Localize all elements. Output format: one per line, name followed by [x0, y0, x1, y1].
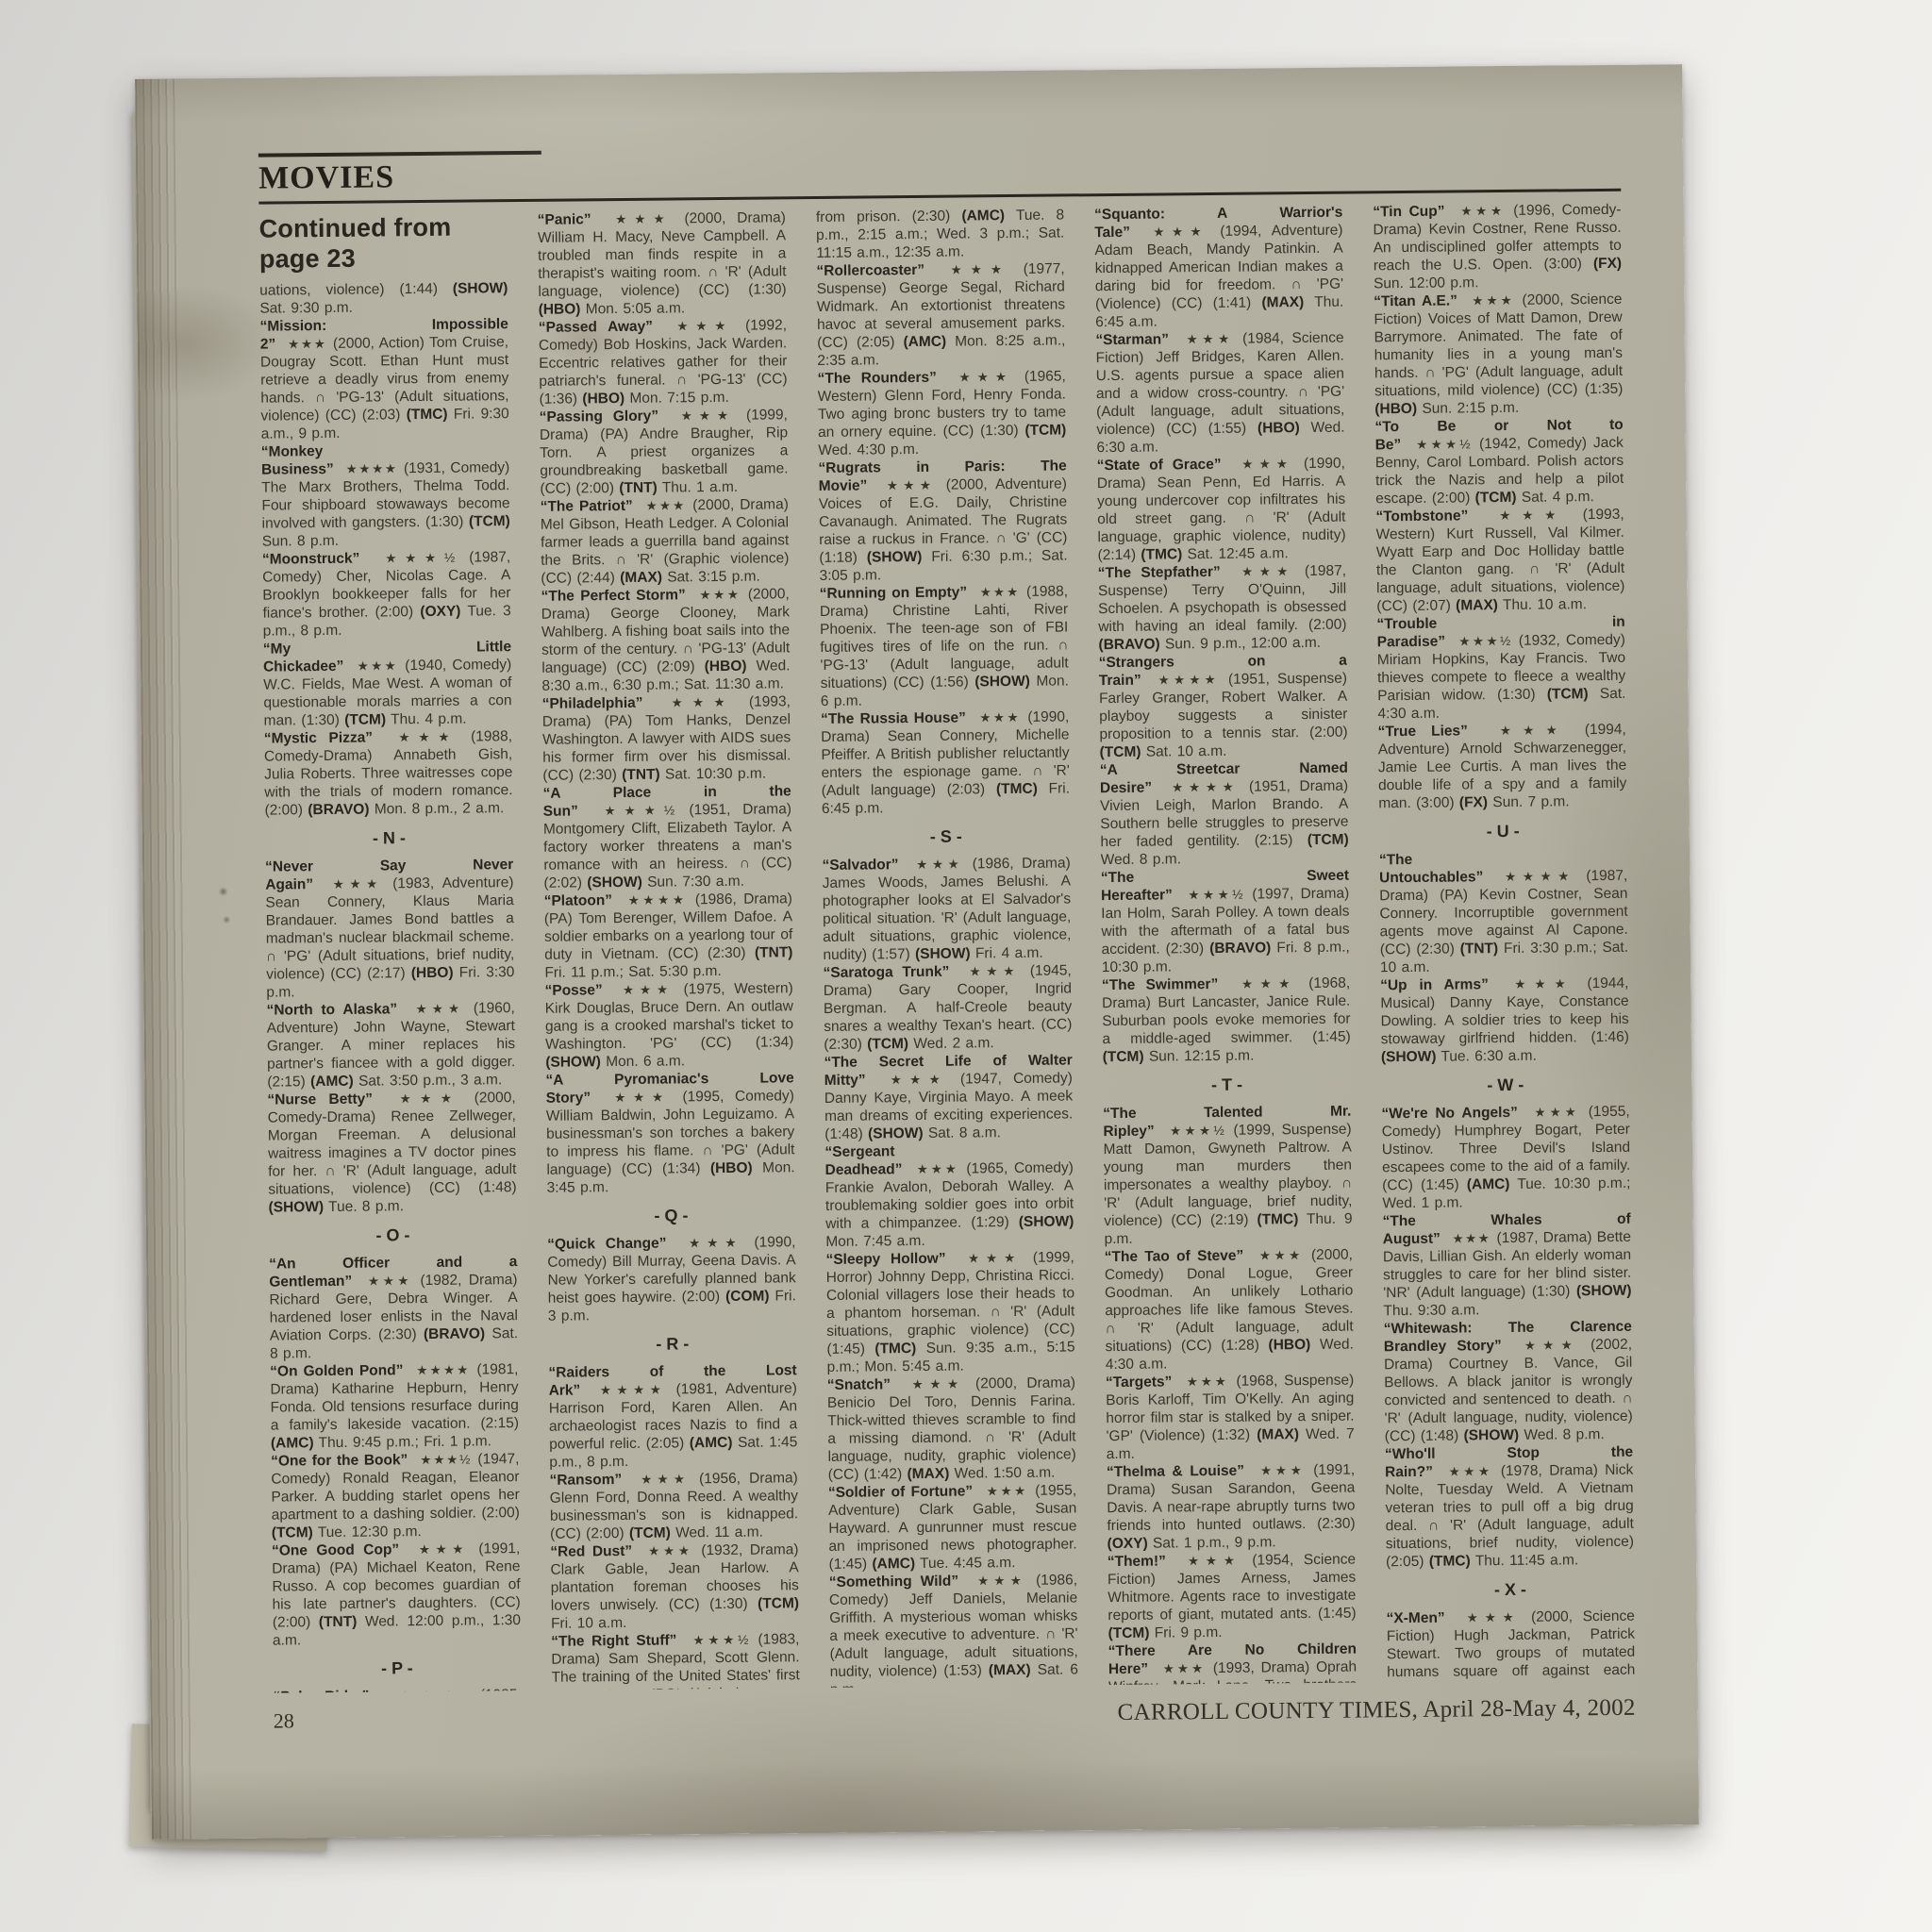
column-3: from prison. (2:30) (AMC) Tue. 8 p.m., 2… — [816, 206, 1078, 1687]
movie-listing: “Mystic Pizza” ★★★ (1988, Comedy-Drama) … — [264, 727, 513, 820]
section-letter-header: - R - — [548, 1333, 796, 1356]
movie-listing: “Never Say Never Again” ★★★ (1983, Adven… — [265, 856, 515, 1002]
movie-listing: “Philadelphia” ★★★ (1993, Drama) (PA) To… — [542, 692, 791, 785]
movie-listing: “The Talented Mr. Ripley” ★★★½ (1999, Su… — [1103, 1103, 1353, 1249]
movie-listing: “Red Dust” ★★★ (1932, Drama) Clark Gable… — [550, 1541, 799, 1633]
movie-listing: “We're No Angels” ★★★ (1955, Comedy) Hum… — [1381, 1103, 1630, 1213]
paper-fold-edge — [135, 79, 192, 1840]
movie-listing: “Titan A.E.” ★★★ (2000, Science Fiction)… — [1374, 291, 1623, 419]
movie-listing: “Strangers on a Train” ★★★★ (1951, Suspe… — [1099, 652, 1348, 762]
movie-listing: “Passing Glory” ★★★ (1999, Drama) (PA) A… — [540, 406, 789, 498]
movie-listing: “Who'll Stop the Rain?” ★★★ (1978, Drama… — [1385, 1443, 1634, 1572]
movie-listing: “Rollercoaster” ★★★ (1977, Suspense) Geo… — [816, 259, 1065, 370]
column-1: Continued from page 23 uations, violence… — [258, 211, 521, 1692]
page-number: 28 — [274, 1708, 294, 1733]
movie-listing: “Sleepy Hollow” ★★★ (1999, Horror) Johnn… — [825, 1248, 1074, 1376]
movie-listing: “Soldier of Fortune” ★★★ (1955, Adventur… — [828, 1481, 1077, 1574]
movie-listing: “There Are No Children Here” ★★★ (1993, … — [1108, 1641, 1357, 1693]
movie-listing: “Nurse Betty” ★★★ (2000, Comedy-Drama) R… — [267, 1089, 516, 1217]
movie-listing: “Platoon” ★★★★ (1986, Drama) (PA) Tom Be… — [544, 890, 793, 982]
movie-listing: “Ransom” ★★★ (1956, Drama) Glenn Ford, D… — [549, 1469, 798, 1543]
movie-listing: “Trouble in Paradise” ★★★½ (1932, Comedy… — [1376, 613, 1625, 724]
movie-listing: “Monkey Business” ★★★★ (1931, Comedy) Th… — [261, 441, 510, 551]
movie-listing: “The Right Stuff” ★★★½ (1983, Drama) Sam… — [551, 1630, 800, 1692]
movie-listing: “To Be or Not to Be” ★★★½ (1942, Comedy)… — [1374, 416, 1624, 508]
movie-listing: “Targets” ★★★ (1968, Suspense) Boris Kar… — [1106, 1372, 1355, 1464]
movie-listing: “Thelma & Louise” ★★★ (1991, Drama) Susa… — [1107, 1461, 1356, 1554]
movie-listing: “Rugrats in Paris: The Movie” ★★★ (2000,… — [818, 457, 1067, 585]
movie-listing: “The Tao of Steve” ★★★ (2000, Comedy) Do… — [1105, 1246, 1354, 1374]
header-rule-top — [258, 151, 541, 158]
movie-listing: “Whitewash: The Clarence Brandley Story”… — [1384, 1318, 1633, 1446]
movie-listing: “The Untouchables” ★★★★ (1987, Drama) (P… — [1379, 849, 1628, 977]
movie-listing: “Quick Change” ★★★ (1990, Comedy) Bill M… — [547, 1233, 796, 1325]
movie-listing: “The Russia House” ★★★ (1990, Drama) Sea… — [821, 708, 1070, 818]
newspaper-page: MOVIES Continued from page 23 uations, v… — [135, 64, 1699, 1840]
continued-from-label: Continued from page 23 — [258, 211, 508, 275]
section-letter-header: - N - — [265, 827, 513, 850]
movie-listing: “Moonstruck” ★★★½ (1987, Comedy) Cher, N… — [262, 548, 511, 641]
listing-columns: Continued from page 23 uations, violence… — [258, 201, 1635, 1693]
continued-text: uations, violence) (1:44) (SHOW) Sat. 9:… — [259, 279, 508, 318]
movie-listing: “Snatch” ★★★ (2000, Drama) Benicio Del T… — [827, 1374, 1076, 1484]
movie-listing: “Panic” ★★★ (2000, Drama) William H. Mac… — [538, 208, 787, 319]
movie-listing: “North to Alaska” ★★★ (1960, Adventure) … — [266, 999, 515, 1091]
continued-text: from prison. (2:30) (AMC) Tue. 8 p.m., 2… — [816, 206, 1065, 262]
movie-listing: “X-Men” ★★★ (2000, Science Fiction) Hugh… — [1387, 1607, 1636, 1693]
movie-listing: “A Pyromaniac's Love Story” ★★★ (1995, C… — [545, 1069, 794, 1197]
movie-listing: “One Good Cop” ★★★ (1991, Drama) (PA) Mi… — [272, 1540, 521, 1650]
movie-listing: “Raiders of the Lost Ark” ★★★★ (1981, Ad… — [548, 1361, 797, 1472]
movie-listing: “Up in Arms” ★★★ (1944, Musical) Danny K… — [1380, 974, 1629, 1067]
column-2: “Panic” ★★★ (2000, Drama) William H. Mac… — [538, 208, 800, 1690]
section-letter-header: - O - — [269, 1224, 517, 1247]
section-letter-header: - W - — [1381, 1074, 1629, 1097]
movie-listing: “True Lies” ★★★ (1994, Adventure) Arnold… — [1378, 721, 1627, 813]
movie-listing: “The Stepfather” ★★★ (1987, Suspense) Te… — [1098, 562, 1347, 655]
movie-listing: “The Secret Life of Walter Mitty” ★★★ (1… — [824, 1051, 1073, 1143]
movie-listing: “Tombstone” ★★★ (1993, Western) Kurt Rus… — [1375, 506, 1624, 616]
movie-listing: “Passed Away” ★★★ (1992, Comedy) Bob Hos… — [539, 316, 788, 408]
newspaper-photo: MOVIES Continued from page 23 uations, v… — [0, 0, 1932, 1932]
movie-listing: “Sergeant Deadhead” ★★★ (1965, Comedy) F… — [824, 1141, 1074, 1251]
movie-listing: “Running on Empty” ★★★ (1988, Drama) Chr… — [820, 582, 1069, 710]
movie-listing: “Pale Rider” ★★★ (1985, Western) (PA) Cl… — [273, 1686, 522, 1693]
section-letter-header: - Q - — [547, 1205, 795, 1227]
section-letter-header: - P - — [273, 1657, 521, 1680]
movie-listing: “A Streetcar Named Desire” ★★★★ (1951, D… — [1100, 759, 1349, 870]
movie-listing: “An Officer and a Gentleman” ★★★ (1982, … — [269, 1253, 518, 1363]
movie-listing: “Posse” ★★★ (1975, Western) Kirk Douglas… — [544, 979, 793, 1072]
movie-listing: “Squanto: A Warrior's Tale” ★★★ (1994, A… — [1094, 204, 1343, 332]
movie-listing: “Salvador” ★★★ (1986, Drama) James Woods… — [822, 854, 1071, 964]
movie-listing: “Tin Cup” ★★★ (1996, Comedy-Drama) Kevin… — [1373, 201, 1622, 293]
section-letter-header: - U - — [1379, 821, 1627, 843]
movie-listing: “My Little Chickadee” ★★★ (1940, Comedy)… — [263, 638, 512, 730]
movie-listing: “On Golden Pond” ★★★★ (1981, Drama) Kath… — [270, 1360, 519, 1453]
movie-listing: “Saratoga Trunk” ★★★ (1945, Drama) Gary … — [824, 961, 1073, 1054]
movie-listing: “Something Wild” ★★★ (1986, Comedy) Jeff… — [829, 1571, 1078, 1692]
movie-listing: “One for the Book” ★★★½ (1947, Comedy) R… — [271, 1450, 520, 1542]
movie-listing: “A Place in the Sun” ★★★½ (1951, Drama) … — [542, 782, 791, 892]
page-content: MOVIES Continued from page 23 uations, v… — [258, 141, 1637, 1801]
movie-listing: “Mission: Impossible 2” ★★★ (2000, Actio… — [260, 315, 509, 443]
movie-listing: “The Patriot” ★★★ (2000, Drama) Mel Gibs… — [541, 495, 790, 588]
movie-listing: “The Rounders” ★★★ (1965, Western) Glenn… — [817, 367, 1066, 459]
section-letter-header: - X - — [1386, 1579, 1634, 1602]
newspaper-name-date: CARROLL COUNTY TIMES, April 28-May 4, 20… — [1117, 1695, 1635, 1726]
movie-listing: “State of Grace” ★★★ (1990, Drama) Sean … — [1097, 455, 1346, 565]
section-title: MOVIES — [258, 149, 1621, 196]
movie-listing: “The Sweet Hereafter” ★★★½ (1997, Drama)… — [1101, 867, 1350, 977]
section-letter-header: - S - — [822, 825, 1070, 848]
column-4: “Squanto: A Warrior's Tale” ★★★ (1994, A… — [1094, 204, 1357, 1685]
movie-listing: “Starman” ★★★ (1984, Science Fiction) Je… — [1095, 329, 1344, 458]
column-5: “Tin Cup” ★★★ (1996, Comedy-Drama) Kevin… — [1373, 201, 1635, 1682]
movie-listing: “The Perfect Storm” ★★★ (2000, Drama) Ge… — [541, 585, 790, 695]
movie-listing: “The Swimmer” ★★★ (1968, Drama) Burt Lan… — [1102, 974, 1351, 1067]
section-letter-header: - T - — [1103, 1074, 1351, 1097]
page-footer: 28 CARROLL COUNTY TIMES, April 28-May 4,… — [274, 1695, 1636, 1735]
movie-listing: “The Whales of August” ★★★ (1987, Drama)… — [1382, 1210, 1631, 1321]
movie-listing: “Them!” ★★★ (1954, Science Fiction) Jame… — [1108, 1551, 1357, 1643]
